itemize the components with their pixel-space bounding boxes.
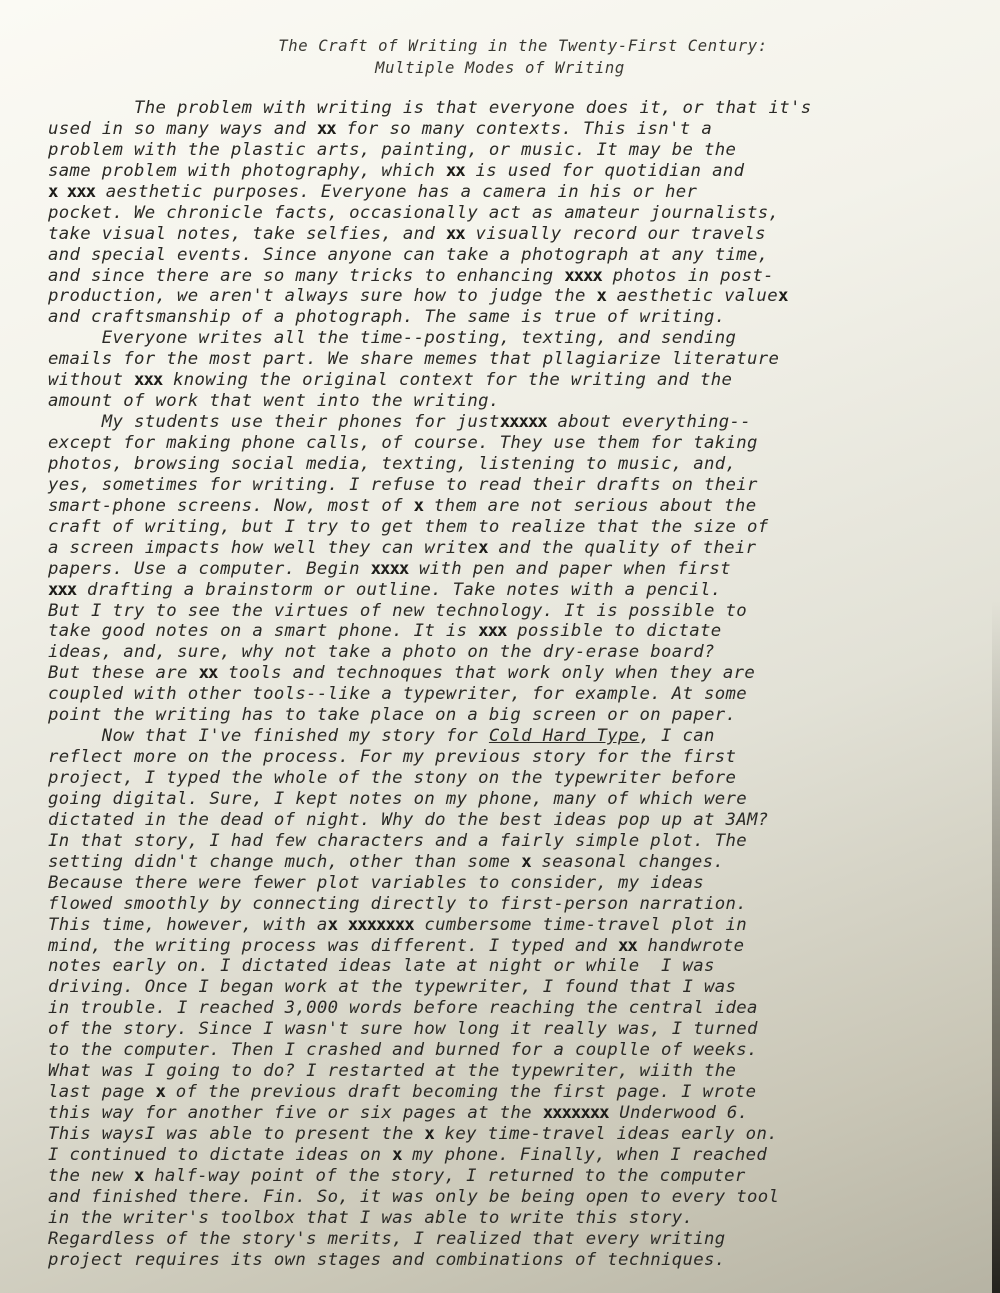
page-title: The Craft of Writing in the Twenty-First… xyxy=(23,37,1000,55)
struck-out-text: x xyxy=(521,852,530,872)
text-line: in trouble. I reached 3,000 words before… xyxy=(48,998,948,1019)
struck-out-text: xxxx xyxy=(564,266,602,286)
text-line: project, I typed the whole of the stony … xyxy=(48,768,948,789)
text-line: In that story, I had few characters and … xyxy=(48,831,948,852)
struck-out-text: xx xyxy=(199,663,218,683)
text-line: take good notes on a smart phone. It is … xyxy=(48,621,948,642)
struck-out-text: x xxx xyxy=(48,182,95,202)
struck-out-text: x xyxy=(414,496,423,516)
struck-out-text: x xyxy=(478,538,487,558)
text-line: Because there were fewer plot variables … xyxy=(48,873,948,894)
text-line: amount of work that went into the writin… xyxy=(48,391,948,412)
text-line: coupled with other tools--like a typewri… xyxy=(48,684,948,705)
struck-out-text: xxxx xyxy=(371,559,409,579)
text-line: same problem with photography, which xx … xyxy=(48,161,948,182)
text-line: production, we aren't always sure how to… xyxy=(48,286,948,307)
text-line: ideas, and, sure, why not take a photo o… xyxy=(48,642,948,663)
text-line: and finished there. Fin. So, it was only… xyxy=(48,1187,948,1208)
text-line: the new x half-way point of the story, I… xyxy=(48,1166,948,1187)
struck-out-text: xxxxxxx xyxy=(348,915,414,935)
text-line: But these are xx tools and technoques th… xyxy=(48,663,948,684)
text-line: What was I going to do? I restarted at t… xyxy=(48,1061,948,1082)
text-line: The problem with writing is that everyon… xyxy=(48,98,948,119)
text-line: of the story. Since I wasn't sure how lo… xyxy=(48,1019,948,1040)
text-line: without xxx knowing the original context… xyxy=(48,370,948,391)
text-line: smart-phone screens. Now, most of x them… xyxy=(48,496,948,517)
struck-out-text: x xyxy=(134,1166,143,1186)
text-line: and special events. Since anyone can tak… xyxy=(48,245,948,266)
text-line: But I try to see the virtues of new tech… xyxy=(48,601,948,622)
struck-out-text: x xyxy=(392,1145,401,1165)
struck-out-text: xxx xyxy=(134,370,162,390)
text-line: reflect more on the process. For my prev… xyxy=(48,747,948,768)
text-line: xxx drafting a brainstorm or outline. Ta… xyxy=(48,580,948,601)
text-line: This waysI was able to present the x key… xyxy=(48,1124,948,1145)
text-line: except for making phone calls, of course… xyxy=(48,433,948,454)
text-line: to the computer. Then I crashed and burn… xyxy=(48,1040,948,1061)
text-line: papers. Use a computer. Begin xxxx with … xyxy=(48,559,948,580)
text-line: My students use their phones for justxxx… xyxy=(48,412,948,433)
text-line: and since there are so many tricks to en… xyxy=(48,266,948,287)
text-line: mind, the writing process was different.… xyxy=(48,936,948,957)
text-line: flowed smoothly by connecting directly t… xyxy=(48,894,948,915)
text-line: photos, browsing social media, texting, … xyxy=(48,454,948,475)
page-subtitle: Multiple Modes of Writing xyxy=(0,59,1000,77)
struck-out-text: xxx xyxy=(48,580,76,600)
text-line: last page x of the previous draft becomi… xyxy=(48,1082,948,1103)
text-line: problem with the plastic arts, painting,… xyxy=(48,140,948,161)
struck-out-text: x xyxy=(424,1124,433,1144)
text-line: used in so many ways and xx for so many … xyxy=(48,119,948,140)
typewritten-page: The Craft of Writing in the Twenty-First… xyxy=(0,0,1000,1293)
text-line: in the writer's toolbox that I was able … xyxy=(48,1208,948,1229)
text-line: a screen impacts how well they can write… xyxy=(48,538,948,559)
struck-out-text: x xyxy=(328,915,337,935)
text-line: going digital. Sure, I kept notes on my … xyxy=(48,789,948,810)
struck-out-text: xxx xyxy=(478,621,506,641)
struck-out-text: xx xyxy=(317,119,336,139)
text-line: notes early on. I dictated ideas late at… xyxy=(48,956,948,977)
text-line: Now that I've finished my story for Cold… xyxy=(48,726,948,747)
struck-out-text: xxxxxxx xyxy=(543,1103,609,1123)
struck-out-text: xx xyxy=(618,936,637,956)
underlined-title: Cold Hard Type xyxy=(489,726,640,746)
struck-out-text: x xyxy=(596,286,605,306)
struck-out-text: xx xyxy=(446,161,465,181)
text-line: x xxx aesthetic purposes. Everyone has a… xyxy=(48,182,948,203)
text-line: emails for the most part. We share memes… xyxy=(48,349,948,370)
text-line: driving. Once I began work at the typewr… xyxy=(48,977,948,998)
text-line: I continued to dictate ideas on x my pho… xyxy=(48,1145,948,1166)
text-line: Regardless of the story's merits, I real… xyxy=(48,1229,948,1250)
text-line: yes, sometimes for writing. I refuse to … xyxy=(48,475,948,496)
text-line: craft of writing, but I try to get them … xyxy=(48,517,948,538)
text-line: setting didn't change much, other than s… xyxy=(48,852,948,873)
struck-out-text: xxxxx xyxy=(500,412,547,432)
struck-out-text: x xyxy=(778,286,787,306)
struck-out-text: x xyxy=(156,1082,165,1102)
text-line: This time, however, with ax xxxxxxx cumb… xyxy=(48,915,948,936)
text-line: pocket. We chronicle facts, occasionally… xyxy=(48,203,948,224)
text-line: this way for another five or six pages a… xyxy=(48,1103,948,1124)
document-body: The problem with writing is that everyon… xyxy=(48,98,948,1271)
text-line: take visual notes, take selfies, and xx … xyxy=(48,224,948,245)
text-line: Everyone writes all the time--posting, t… xyxy=(48,328,948,349)
text-line: project requires its own stages and comb… xyxy=(48,1250,948,1271)
text-line: point the writing has to take place on a… xyxy=(48,705,948,726)
struck-out-text: xx xyxy=(446,224,465,244)
text-line: and craftsmanship of a photograph. The s… xyxy=(48,307,948,328)
text-line: dictated in the dead of night. Why do th… xyxy=(48,810,948,831)
